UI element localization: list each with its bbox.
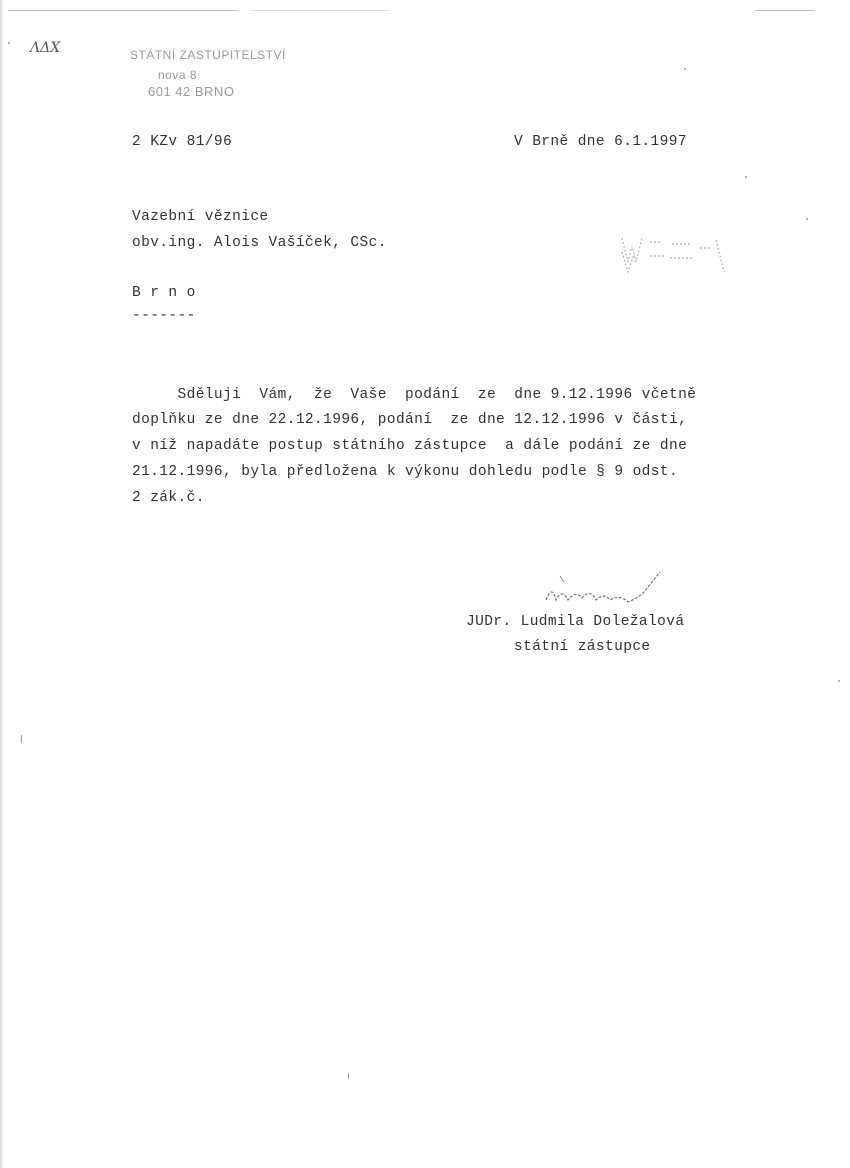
received-stamp — [620, 232, 728, 274]
scan-edge-shadow — [0, 0, 4, 1168]
scan-speck — [684, 68, 686, 70]
scan-artifact-line — [8, 10, 238, 11]
signatory-title: státní zástupce — [514, 639, 651, 655]
reference-number: 2 KZv 81/96 — [132, 134, 232, 150]
body-line-5: 2 zák.č. — [132, 486, 205, 512]
body-line-3: v níž napadáte postup státního zástupce … — [132, 434, 687, 460]
recipient-city-underline: ------- — [132, 308, 196, 324]
sender-stamp-line2: nova 8 — [158, 68, 197, 82]
scan-speck — [348, 1073, 349, 1079]
scan-artifact-line — [755, 10, 815, 11]
body-line-2: doplňku ze dne 22.12.1996, podání ze dne… — [132, 408, 687, 434]
sender-stamp-line3: 601 42 BRNO — [148, 84, 234, 99]
recipient-institution: Vazební věznice — [132, 209, 269, 225]
scan-speck — [21, 735, 22, 743]
recipient-name: obv.ing. Alois Vašíček, CSc. — [132, 235, 387, 251]
scan-speck — [806, 218, 808, 220]
place-and-date: V Brně dne 6.1.1997 — [514, 134, 687, 150]
recipient-city: B r n o — [132, 285, 196, 301]
scan-speck — [838, 680, 840, 682]
handwritten-signature — [540, 570, 665, 615]
scan-artifact-line — [250, 10, 390, 11]
scan-speck — [8, 42, 10, 44]
scan-speck — [745, 176, 747, 178]
body-line-1: Sděluji Vám, že Vaše podání ze dne 9.12.… — [132, 383, 696, 409]
body-line-4: 21.12.1996, byla předložena k výkonu doh… — [132, 460, 678, 486]
handwritten-note: ΛΔΧ — [30, 40, 60, 56]
signatory-name: JUDr. Ludmila Doležalová — [466, 614, 684, 630]
sender-stamp-line1: STÁTNÍ ZASTUPITELSTVÍ — [130, 48, 286, 62]
